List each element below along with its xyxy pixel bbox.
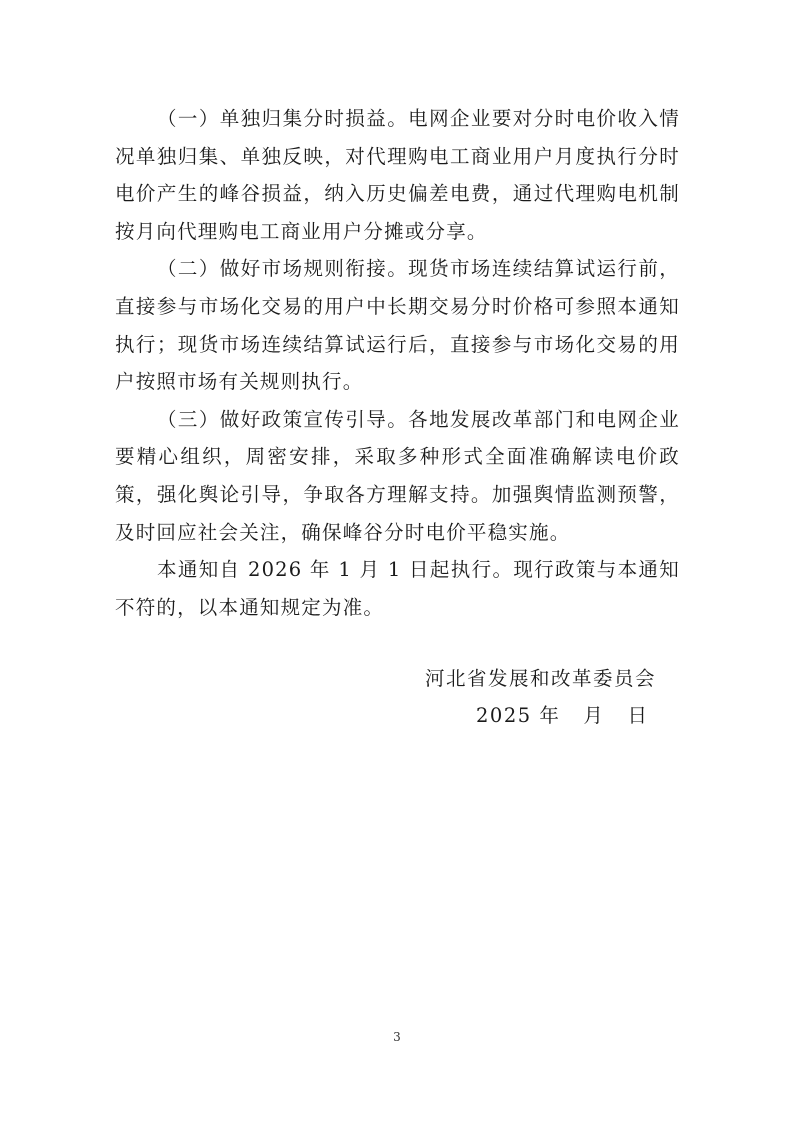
- paragraph-effective-date: 本通知自 2026 年 1 月 1 日起执行。现行政策与本通知不符的，以本通知规…: [115, 551, 680, 626]
- signature-organization: 河北省发展和改革委员会: [425, 663, 725, 691]
- signature-date: 2025 年 月 日: [476, 700, 726, 728]
- paragraph-separate-accounting: （一）单独归集分时损益。电网企业要对分时电价收入情况单独归集、单独反映，对代理购…: [115, 100, 680, 250]
- document-page: （一）单独归集分时损益。电网企业要对分时电价收入情况单独归集、单独反映，对代理购…: [0, 0, 794, 1123]
- page-number: 3: [0, 1030, 794, 1044]
- document-body: （一）单独归集分时损益。电网企业要对分时电价收入情况单独归集、单独反映，对代理购…: [115, 100, 680, 626]
- paragraph-market-rules: （二）做好市场规则衔接。现货市场连续结算试运行前，直接参与市场化交易的用户中长期…: [115, 250, 680, 400]
- paragraph-policy-publicity: （三）做好政策宣传引导。各地发展改革部门和电网企业要精心组织，周密安排，采取多种…: [115, 401, 680, 551]
